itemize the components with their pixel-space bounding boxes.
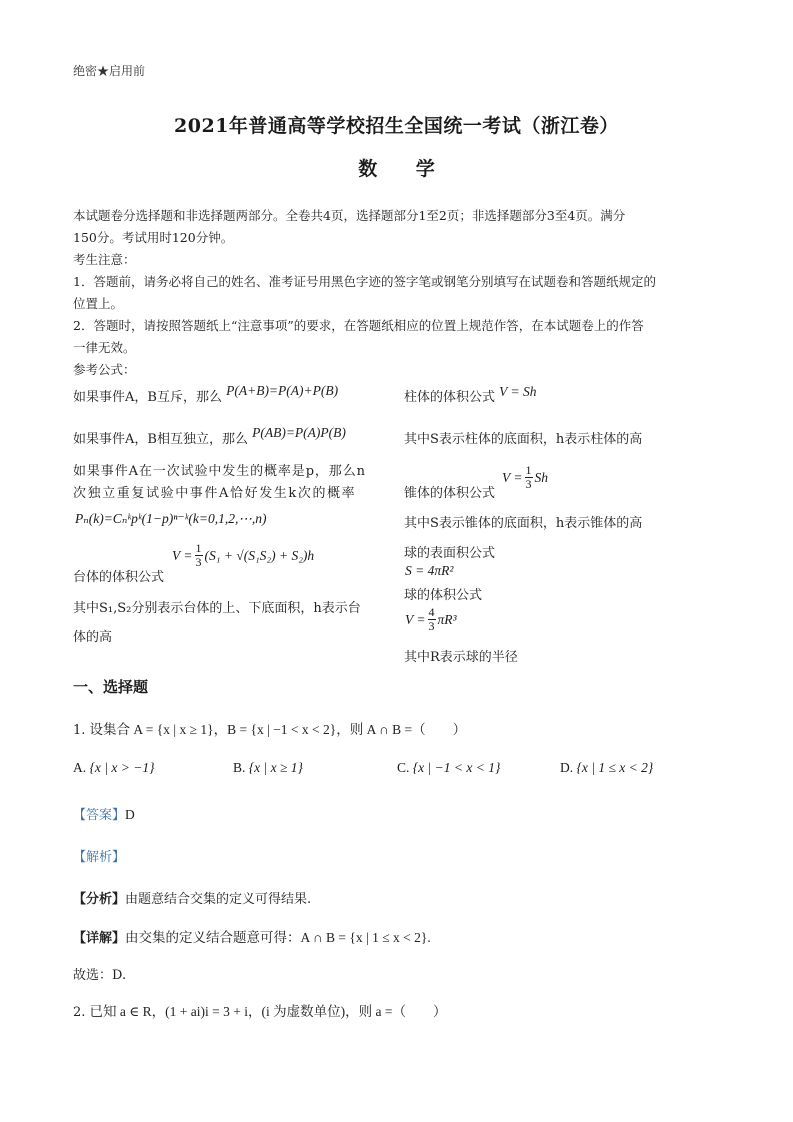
conclusion: 故选：D. bbox=[73, 964, 126, 983]
formula-mutex: 如果事件A，B互斥，那么 P(A+B)=P(A)+P(B) bbox=[73, 386, 338, 405]
formula-binom-math: Pₙ(k)=Cₙᵏpᵏ(1−p)ⁿ⁻ᵏ(k=0,1,2,⋯,n) bbox=[75, 511, 267, 527]
formula-prism: 柱体的体积公式 V = Sh bbox=[404, 386, 537, 405]
formula-frustum-desc-a: 其中S₁,S₂分别表示台体的上、下底面积，h表示台 bbox=[73, 597, 361, 616]
notice-1-line-a: 1．答题前，请务必将自己的姓名、准考证号用黑色字迹的签字笔或钢笔分别填写在试题卷… bbox=[73, 271, 656, 293]
formula-indep: 如果事件A，B相互独立，那么 P(AB)=P(A)P(B) bbox=[73, 428, 346, 447]
option-b[interactable]: B. {x | x ≥ 1} bbox=[233, 760, 303, 776]
question-2: 2. 已知 a ∈ R，(1 + ai)i = 3 + i，(i 为虚数单位)，… bbox=[73, 1000, 446, 1020]
formula-indep-text: 如果事件A，B相互独立，那么 bbox=[73, 432, 248, 447]
question-stem: 设集合 A = {x | x ≥ 1}，B = {x | −1 < x < 2}… bbox=[90, 722, 467, 737]
formula-sphere-area-math: S = 4πR² bbox=[405, 563, 453, 579]
formula-frustum-math: V = 1 3 (S₁ + √(S₁S₂) + S₂)h bbox=[172, 542, 314, 569]
question-stem: 已知 a ∈ R，(1 + ai)i = 3 + i，(i 为虚数单位)，则 a… bbox=[90, 1004, 447, 1019]
formula-binom-line-1: 如果事件A在一次试验中发生的概率是p，那么n bbox=[73, 460, 366, 479]
confidential-mark: 绝密★启用前 bbox=[73, 62, 145, 79]
fenxi-row: 【分析】由题意结合交集的定义可得结果. bbox=[73, 888, 311, 907]
fraction-one-third: 1 3 bbox=[195, 542, 203, 569]
section-title: 一、选择题 bbox=[73, 676, 148, 697]
formula-label: 参考公式： bbox=[73, 359, 136, 381]
formula-frustum-text: 台体的体积公式 bbox=[73, 566, 164, 585]
formula-prism-math: V = Sh bbox=[499, 384, 536, 399]
detail-label: 【详解】 bbox=[73, 931, 125, 946]
formula-sphere-desc: 其中R表示球的半径 bbox=[404, 646, 518, 665]
formula-cone-desc: 其中S表示锥体的底面积，h表示锥体的高 bbox=[404, 512, 642, 531]
fenxi-text: 由题意结合交集的定义可得结果. bbox=[125, 892, 311, 907]
detail-text: 由交集的定义结合题意可得：A ∩ B = {x | 1 ≤ x < 2}. bbox=[125, 930, 431, 945]
analysis-label: 【解析】 bbox=[73, 846, 125, 865]
detail-row: 【详解】由交集的定义结合题意可得：A ∩ B = {x | 1 ≤ x < 2}… bbox=[73, 926, 431, 946]
formula-prism-desc: 其中S表示柱体的底面积，h表示柱体的高 bbox=[404, 428, 642, 447]
intro-line-1: 本试题卷分选择题和非选择题两部分。全卷共4页，选择题部分1至2页；非选择题部分3… bbox=[73, 205, 625, 227]
fenxi-label: 【分析】 bbox=[73, 892, 125, 907]
option-c[interactable]: C. {x | −1 < x < 1} bbox=[397, 760, 500, 776]
formula-sphere-vol-math: V = 4 3 πR³ bbox=[405, 606, 457, 633]
formula-sphere-area-text: 球的表面积公式 bbox=[404, 542, 495, 561]
formula-cone-text: 锥体的体积公式 bbox=[404, 482, 495, 501]
intro-line-2: 150分。考试用时120分钟。 bbox=[73, 227, 233, 249]
formula-cone-math: V = 1 3 Sh bbox=[502, 464, 548, 491]
notice-label: 考生注意： bbox=[73, 249, 136, 271]
fraction-one-third: 1 3 bbox=[525, 464, 533, 491]
question-number: 1. bbox=[73, 723, 85, 738]
question-number: 2. bbox=[73, 1005, 85, 1020]
formula-binom-line-2: 次独立重复试验中事件A恰好发生k次的概率 bbox=[73, 482, 356, 501]
option-a[interactable]: A. {x | x > −1} bbox=[73, 760, 154, 776]
formula-mutex-text: 如果事件A，B互斥，那么 bbox=[73, 390, 222, 405]
fraction-four-thirds: 4 3 bbox=[428, 606, 436, 633]
exam-title: 2021年普通高等学校招生全国统一考试（浙江卷） bbox=[0, 111, 793, 138]
question-1: 1. 设集合 A = {x | x ≥ 1}，B = {x | −1 < x <… bbox=[73, 718, 466, 738]
answer-row: 【答案】D bbox=[73, 804, 135, 823]
formula-sphere-vol-text: 球的体积公式 bbox=[404, 584, 482, 603]
formula-prism-text: 柱体的体积公式 bbox=[404, 390, 495, 405]
notice-2-line-a: 2．答题时，请按照答题纸上“注意事项”的要求，在答题纸相应的位置上规范作答，在本… bbox=[73, 315, 644, 337]
answer-label: 【答案】 bbox=[73, 808, 125, 823]
notice-2-line-b: 一律无效。 bbox=[73, 337, 136, 359]
exam-subject: 数 学 bbox=[0, 154, 793, 181]
notice-1-line-b: 位置上。 bbox=[73, 293, 123, 315]
option-d[interactable]: D. {x | 1 ≤ x < 2} bbox=[560, 760, 653, 776]
formula-mutex-math: P(A+B)=P(A)+P(B) bbox=[226, 383, 338, 398]
formula-indep-math: P(AB)=P(A)P(B) bbox=[252, 425, 346, 440]
formula-frustum-desc-b: 体的高 bbox=[73, 626, 112, 645]
answer-value: D bbox=[125, 807, 135, 822]
